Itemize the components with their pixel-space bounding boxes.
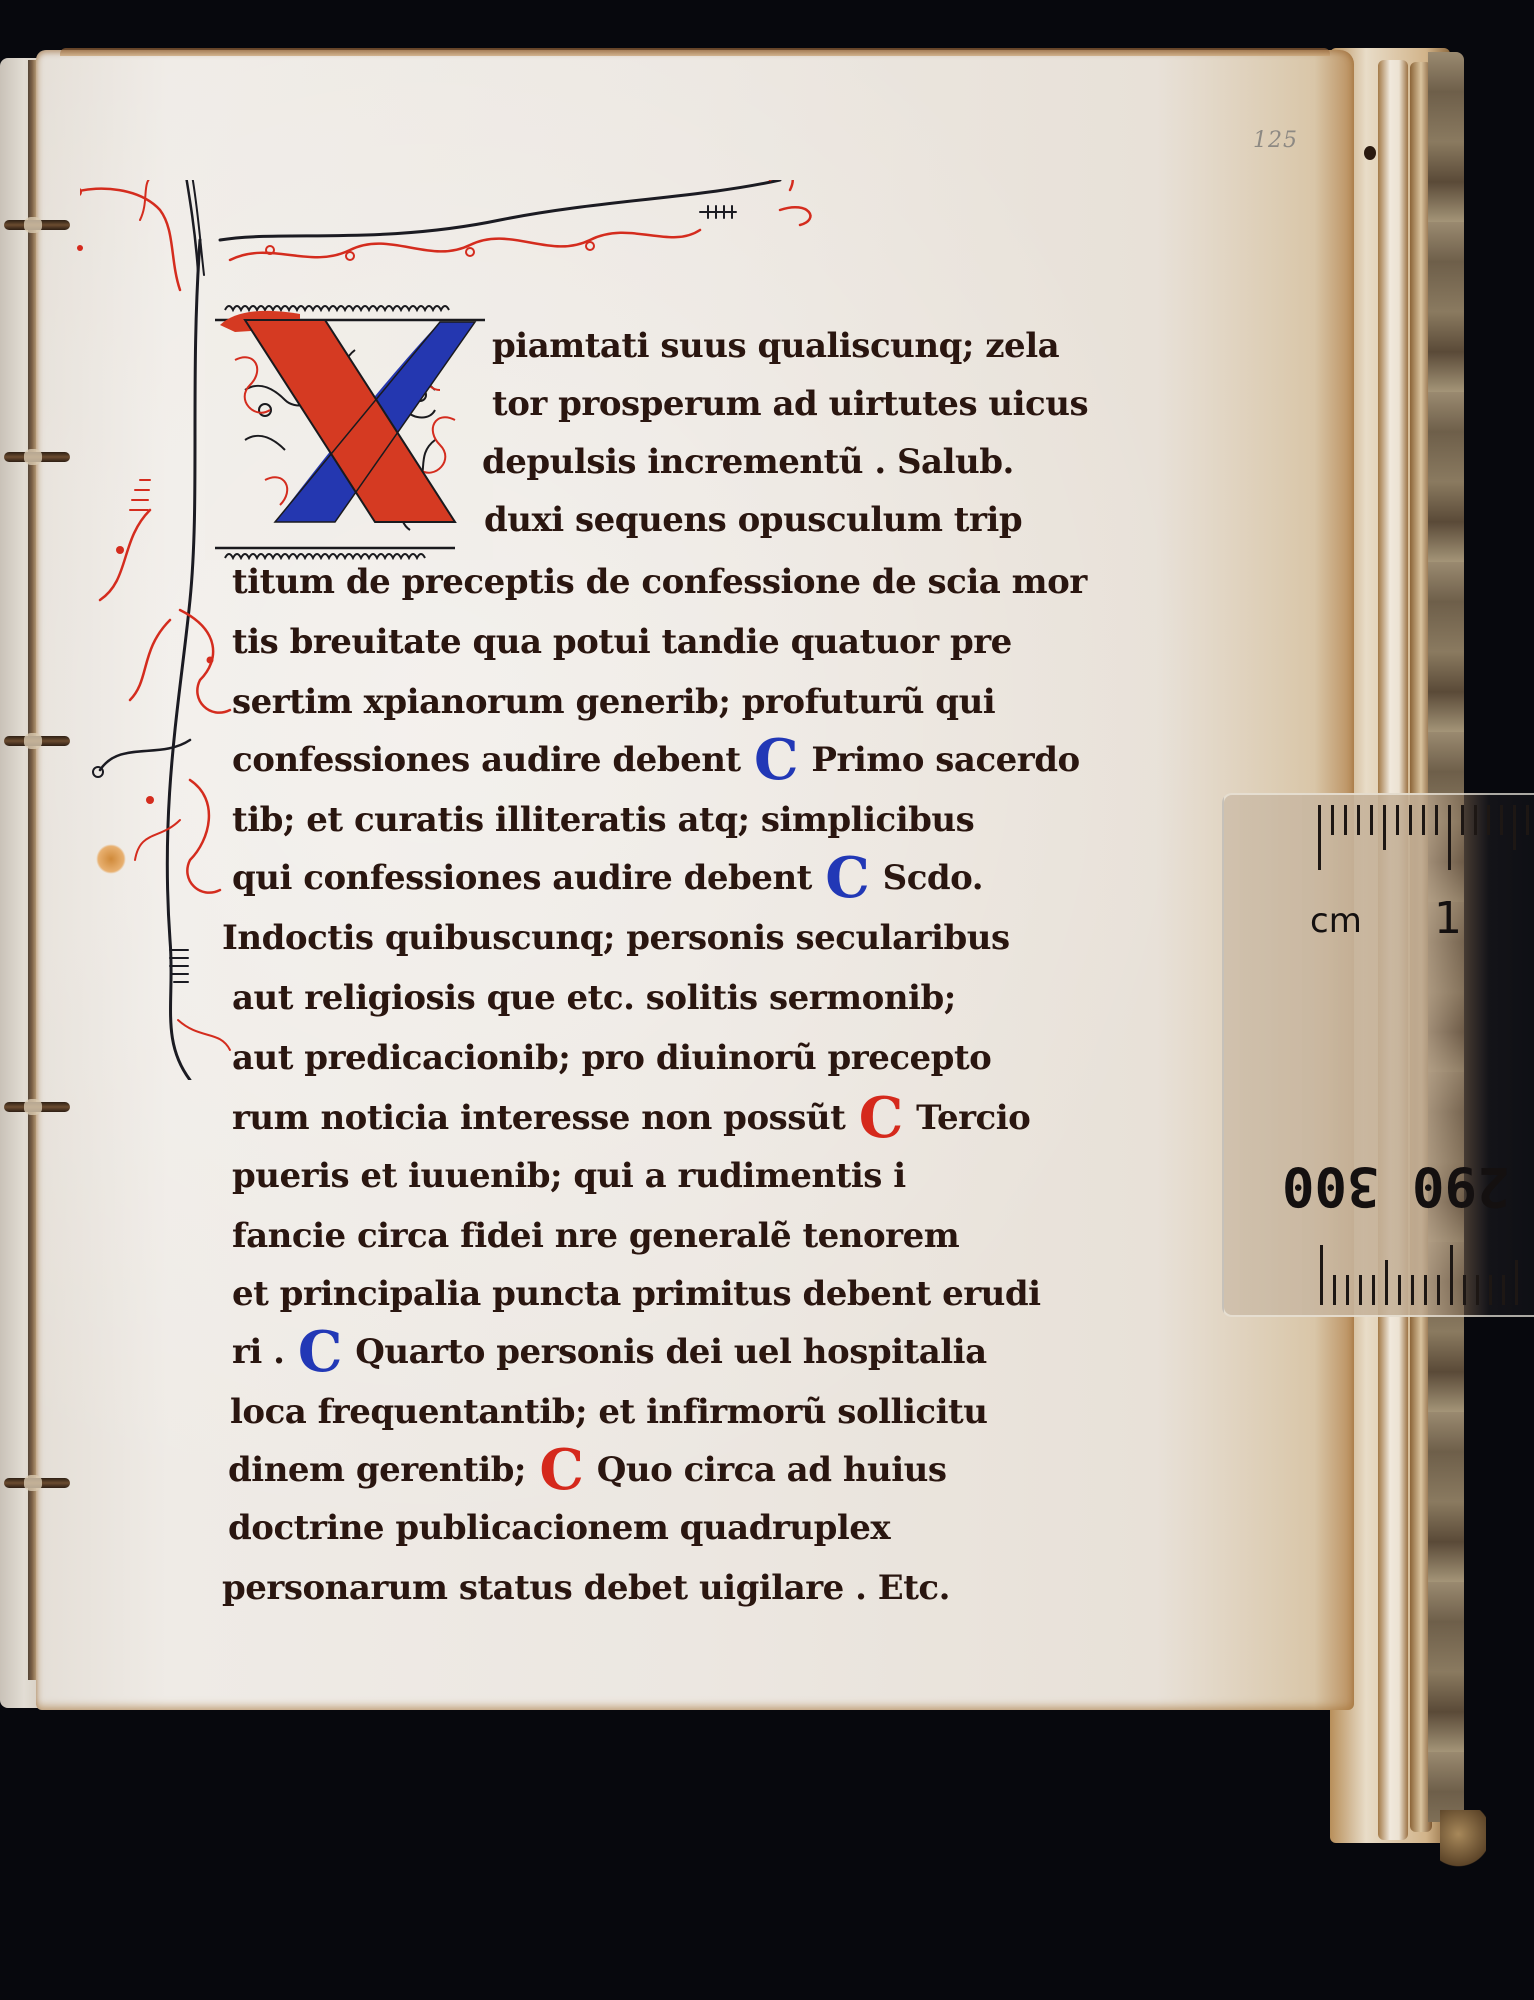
ruler-tick — [1372, 1275, 1375, 1305]
cover-damage — [1440, 1810, 1486, 1870]
ruler-tick — [1435, 805, 1438, 835]
text-line: doctrine publicacionem quadruplex — [228, 1508, 890, 1548]
ruler-tick — [1333, 1275, 1336, 1305]
ruler-tick — [1383, 805, 1386, 850]
ruler-tick — [1320, 1245, 1323, 1305]
line-text: depulsis incrementũ . Salub. — [482, 442, 1014, 482]
ruler-tick — [1487, 805, 1490, 835]
ruler-number-290: 290 — [1412, 1155, 1510, 1218]
ruler-tick — [1385, 1260, 1388, 1305]
text-line: rum noticia interesse non possũt C Terci… — [232, 1098, 1030, 1138]
sewing-thread — [4, 736, 70, 746]
text-line: pueris et iuuenib; qui a rudimentis i — [232, 1156, 906, 1196]
line-text: tib; et curatis illiteratis atq; simplic… — [232, 800, 974, 840]
wormhole — [1364, 146, 1376, 160]
ruler-tick — [1331, 805, 1334, 835]
line-text: qui confessiones audire debent — [232, 858, 812, 898]
line-text: titum de preceptis de confessione de sci… — [232, 562, 1087, 602]
ruler-tick — [1398, 1275, 1401, 1305]
line-text: sertim xpianorum generib; profuturũ qui — [232, 682, 995, 722]
sewing-thread — [4, 452, 70, 462]
ruler-tick — [1515, 1260, 1518, 1305]
red-paragraph-mark-icon: C — [539, 1450, 583, 1490]
ruler-tick — [1346, 1275, 1349, 1305]
text-line: loca frequentantib; et infirmorũ sollici… — [230, 1392, 987, 1432]
text-line: titum de preceptis de confessione de sci… — [232, 562, 1087, 602]
illuminated-initial-x-icon — [205, 300, 493, 560]
ruler-tick — [1489, 1275, 1492, 1305]
text-line: depulsis incrementũ . Salub. — [482, 442, 1014, 482]
text-line: et principalia puncta primitus debent er… — [232, 1274, 1041, 1314]
line-text: Tercio — [916, 1098, 1030, 1138]
ruler-tick — [1359, 1275, 1362, 1305]
sewing-thread — [4, 220, 70, 230]
ruler-tick — [1476, 1275, 1479, 1305]
ruler-major-label: 1 — [1434, 893, 1462, 944]
blue-paragraph-mark-icon: C — [754, 740, 798, 780]
text-line: dinem gerentib; C Quo circa ad huius — [228, 1450, 947, 1490]
sewing-thread — [4, 1478, 70, 1488]
text-line: ri . C Quarto personis dei uel hospitali… — [232, 1332, 987, 1372]
ruler-tick — [1513, 805, 1516, 850]
line-text: piamtati suus qualiscunq; zela — [492, 326, 1059, 366]
text-line: qui confessiones audire debent C Scdo. — [232, 858, 983, 898]
measurement-ruler: cm 1 300 290 — [1222, 793, 1534, 1317]
page-top-edge — [60, 48, 1330, 56]
ruler-tick — [1396, 805, 1399, 835]
ruler-tick — [1437, 1275, 1440, 1305]
line-text: tor prosperum ad uirtutes uicus — [492, 384, 1088, 424]
line-text: personarum status debet uigilare . Etc. — [222, 1568, 950, 1608]
line-text: et principalia puncta primitus debent er… — [232, 1274, 1041, 1314]
line-text: loca frequentantib; et infirmorũ sollici… — [230, 1392, 987, 1432]
line-text: tis breuitate qua potui tandie quatuor p… — [232, 622, 1012, 662]
ruler-tick — [1474, 805, 1477, 835]
ruler-tick — [1411, 1275, 1414, 1305]
ruler-tick — [1422, 805, 1425, 835]
line-text: doctrine publicacionem quadruplex — [228, 1508, 890, 1548]
text-line: duxi sequens opusculum trip — [484, 500, 1022, 540]
line-text: Primo sacerdo — [811, 740, 1079, 780]
gutter-shadow — [28, 60, 36, 1680]
text-line: fancie circa fidei nre generalẽ tenorem — [232, 1216, 959, 1256]
line-text: fancie circa fidei nre generalẽ tenorem — [232, 1216, 959, 1256]
ruler-tick — [1461, 805, 1464, 835]
line-text: Quarto personis dei uel hospitalia — [355, 1332, 986, 1372]
ruler-tick — [1463, 1275, 1466, 1305]
line-text: Quo circa ad huius — [597, 1450, 947, 1490]
text-line: confessiones audire debent C Primo sacer… — [232, 740, 1080, 780]
text-line: aut religiosis que etc. solitis sermonib… — [232, 978, 956, 1018]
line-text: ri . — [232, 1332, 285, 1372]
sewing-thread — [4, 1102, 70, 1112]
text-line: piamtati suus qualiscunq; zela — [492, 326, 1059, 366]
text-line: tor prosperum ad uirtutes uicus — [492, 384, 1088, 424]
line-text: duxi sequens opusculum trip — [484, 500, 1022, 540]
text-line: tis breuitate qua potui tandie quatuor p… — [232, 622, 1012, 662]
ruler-tick — [1526, 805, 1529, 835]
ruler-tick — [1370, 805, 1373, 835]
text-line: sertim xpianorum generib; profuturũ qui — [232, 682, 995, 722]
folio-number: 125 — [1253, 128, 1298, 153]
ruler-tick — [1409, 805, 1412, 835]
text-line: aut predicacionib; pro diuinorũ precepto — [232, 1038, 991, 1078]
ruler-tick — [1500, 805, 1503, 835]
text-line: Indoctis quibuscunq; personis secularibu… — [222, 918, 1010, 958]
line-text: aut predicacionib; pro diuinorũ precepto — [232, 1038, 991, 1078]
ruler-tick — [1424, 1275, 1427, 1305]
ruler-tick — [1450, 1245, 1453, 1305]
line-text: aut religiosis que etc. solitis sermonib… — [232, 978, 956, 1018]
blue-paragraph-mark-icon: C — [298, 1332, 342, 1372]
blue-paragraph-mark-icon: C — [825, 858, 869, 898]
red-paragraph-mark-icon: C — [859, 1098, 903, 1138]
text-line: tib; et curatis illiteratis atq; simplic… — [232, 800, 974, 840]
ruler-tick — [1318, 805, 1321, 870]
line-text: Indoctis quibuscunq; personis secularibu… — [222, 918, 1010, 958]
line-text: rum noticia interesse non possũt — [232, 1098, 845, 1138]
ruler-unit-label: cm — [1310, 901, 1362, 941]
ruler-tick — [1502, 1275, 1505, 1305]
line-text: confessiones audire debent — [232, 740, 741, 780]
line-text: pueris et iuuenib; qui a rudimentis i — [232, 1156, 906, 1196]
ruler-tick — [1344, 805, 1347, 835]
ruler-tick — [1448, 805, 1451, 870]
ruler-tick — [1357, 805, 1360, 835]
text-line: personarum status debet uigilare . Etc. — [222, 1568, 950, 1608]
line-text: dinem gerentib; — [228, 1450, 526, 1490]
line-text: Scdo. — [883, 858, 983, 898]
ruler-number-300: 300 — [1282, 1155, 1380, 1218]
